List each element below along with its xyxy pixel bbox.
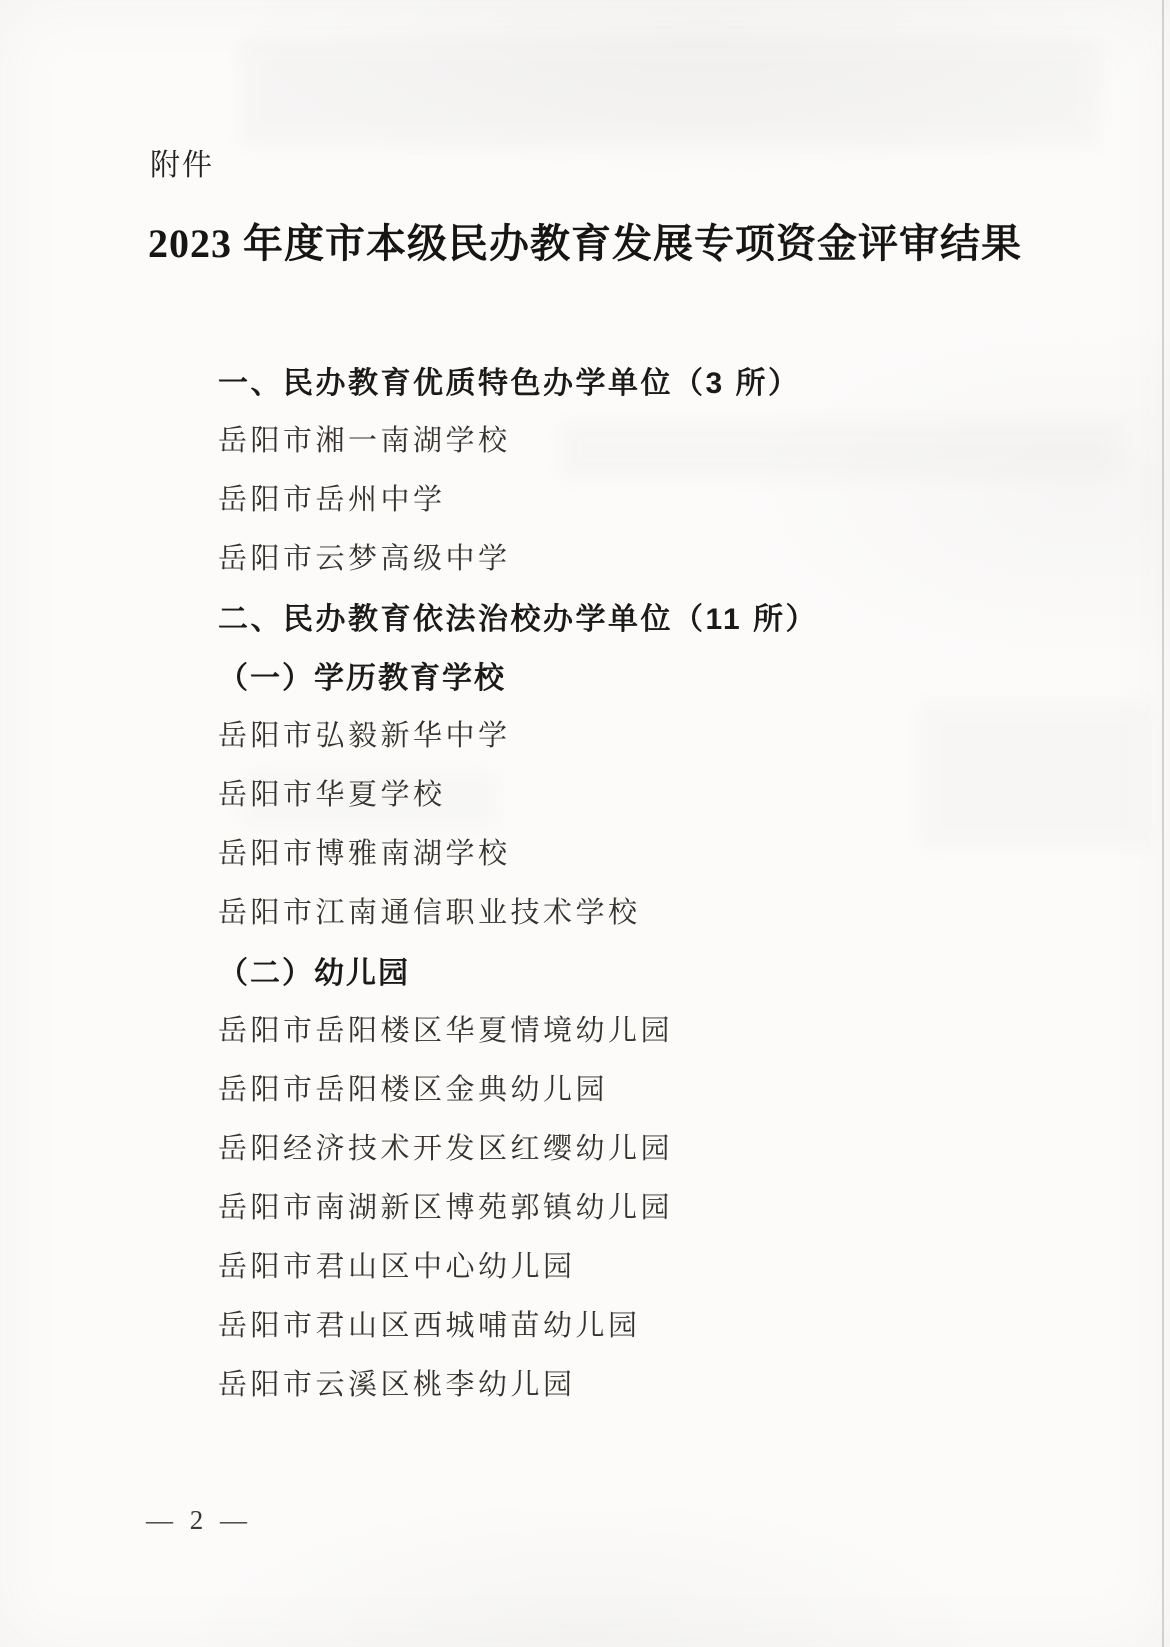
subsection-one-heading: （一）学历教育学校	[218, 645, 818, 704]
kindergarten-list-item: 岳阳市岳阳楼区华夏情境幼儿园	[218, 999, 818, 1058]
document-title: 2023 年度市本级民办教育发展专项资金评审结果	[0, 212, 1170, 269]
scanned-document-page: 附件 2023 年度市本级民办教育发展专项资金评审结果 一、民办教育优质特色办学…	[0, 0, 1170, 1647]
document-body: 一、民办教育优质特色办学单位（3 所） 岳阳市湘一南湖学校 岳阳市岳州中学 岳阳…	[218, 350, 818, 1412]
section-two-heading: 二、民办教育依法治校办学单位（11 所）	[218, 586, 818, 645]
kindergarten-list-item: 岳阳市君山区中心幼儿园	[218, 1235, 818, 1294]
school-list-item: 岳阳市江南通信职业技术学校	[218, 881, 818, 940]
kindergarten-list-item: 岳阳市云溪区桃李幼儿园	[218, 1353, 818, 1412]
kindergarten-list-item: 岳阳经济技术开发区红缨幼儿园	[218, 1117, 818, 1176]
school-list-item: 岳阳市湘一南湖学校	[218, 409, 818, 468]
subsection-two-heading: （二）幼儿园	[218, 940, 818, 999]
school-list-item: 岳阳市岳州中学	[218, 468, 818, 527]
attachment-label: 附件	[150, 140, 214, 184]
section-one-heading: 一、民办教育优质特色办学单位（3 所）	[218, 350, 818, 409]
school-list-item: 岳阳市博雅南湖学校	[218, 822, 818, 881]
kindergarten-list-item: 岳阳市南湖新区博苑郭镇幼儿园	[218, 1176, 818, 1235]
school-list-item: 岳阳市弘毅新华中学	[218, 704, 818, 763]
kindergarten-list-item: 岳阳市岳阳楼区金典幼儿园	[218, 1058, 818, 1117]
school-list-item: 岳阳市华夏学校	[218, 763, 818, 822]
school-list-item: 岳阳市云梦高级中学	[218, 527, 818, 586]
kindergarten-list-item: 岳阳市君山区西城哺苗幼儿园	[218, 1294, 818, 1353]
bleed-through-artifact	[920, 700, 1150, 850]
page-number: — 2 —	[146, 1505, 252, 1536]
bleed-through-artifact	[240, 38, 1100, 148]
